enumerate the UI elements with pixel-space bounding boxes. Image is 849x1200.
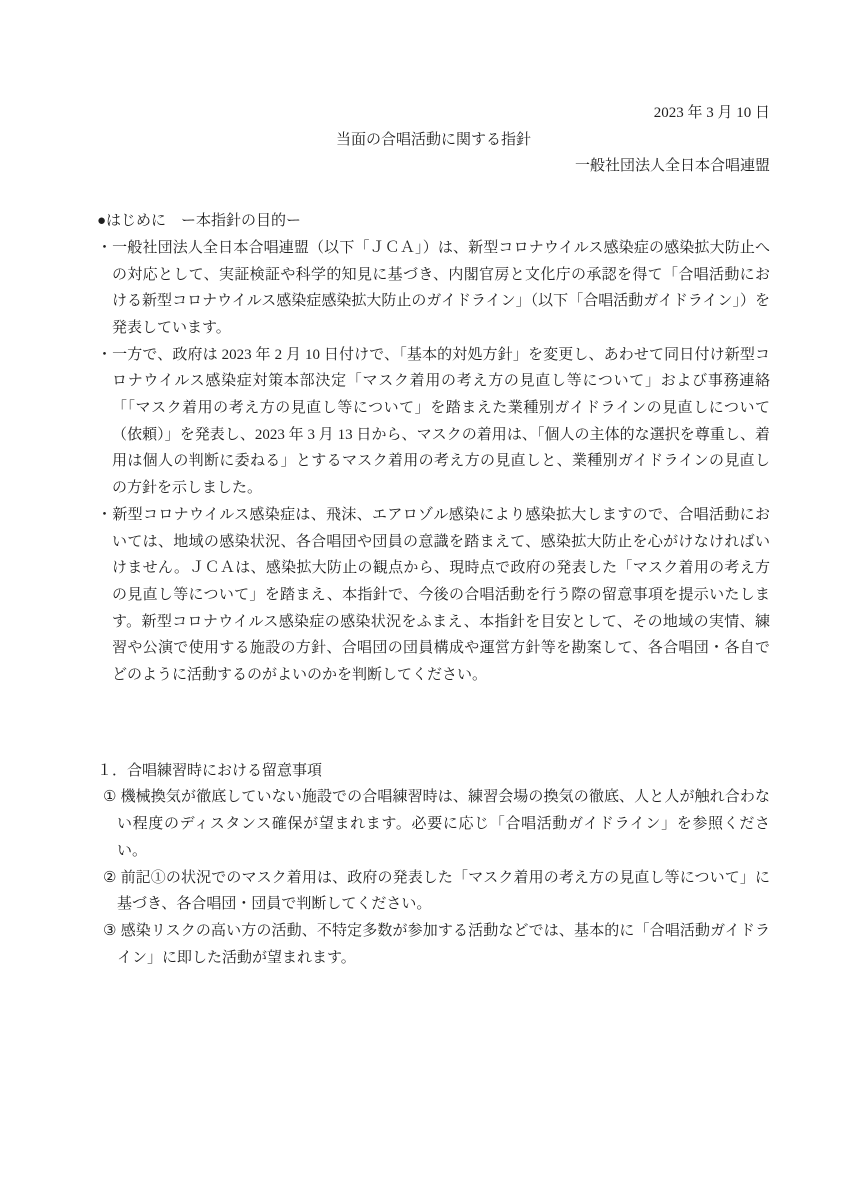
intro-bullet-1: ・一般社団法人全日本合唱連盟（以下「ＪＣＡ」）は、新型コロナウイルス感染症の感染…: [97, 235, 770, 342]
bullet-text: 新型コロナウイルス感染症は、飛沫、エアロゾル感染により感染拡大しますので、合唱活…: [112, 507, 770, 683]
item-text: 機械換気が徹底していない施設での合唱練習時は、練習会場の換気の徹底、人と人が触れ…: [117, 789, 770, 858]
document-title: 当面の合唱活動に関する指針: [97, 127, 770, 154]
numbered-item-2: ②前記①の状況でのマスク着用は、政府の発表した「マスク着用の考え方の見直し等につ…: [97, 865, 770, 918]
intro-bullet-2: ・一方で、政府は 2023 年 2 月 10 日付けで、「基本的対処方針」を変更…: [97, 342, 770, 502]
document-page: 2023 年 3 月 10 日 当面の合唱活動に関する指針 一般社団法人全日本合…: [0, 0, 849, 1200]
document-content: 2023 年 3 月 10 日 当面の合唱活動に関する指針 一般社団法人全日本合…: [97, 0, 770, 971]
item-text: 感染リスクの高い方の活動、不特定多数が参加する活動などでは、基本的に「合唱活動ガ…: [117, 923, 770, 966]
circled-number-1: ①: [103, 789, 117, 805]
circled-number-3: ③: [103, 923, 117, 939]
bullet-text: 一方で、政府は 2023 年 2 月 10 日付けで、「基本的対処方針」を変更し…: [112, 347, 770, 497]
intro-bullet-3: ・新型コロナウイルス感染症は、飛沫、エアロゾル感染により感染拡大しますので、合唱…: [97, 502, 770, 689]
item-text: 前記①の状況でのマスク着用は、政府の発表した「マスク着用の考え方の見直し等につい…: [117, 870, 770, 913]
circled-number-2: ②: [103, 870, 117, 886]
numbered-item-1: ①機械換気が徹底していない施設での合唱練習時は、練習会場の換気の徹底、人と人が触…: [97, 784, 770, 864]
section1-heading: １．合唱練習時における留意事項: [97, 758, 770, 785]
intro-heading: ●はじめに ー本指針の目的ー: [97, 208, 770, 235]
bullet-marker: ・: [97, 507, 112, 523]
intro-section: ●はじめに ー本指針の目的ー ・一般社団法人全日本合唱連盟（以下「ＪＣＡ」）は、…: [97, 208, 770, 689]
bullet-marker: ・: [97, 240, 112, 256]
document-date: 2023 年 3 月 10 日: [97, 0, 770, 127]
organization-name: 一般社団法人全日本合唱連盟: [97, 153, 770, 180]
bullet-text: 一般社団法人全日本合唱連盟（以下「ＪＣＡ」）は、新型コロナウイルス感染症の感染拡…: [112, 240, 770, 336]
practice-notes-section: １．合唱練習時における留意事項 ①機械換気が徹底していない施設での合唱練習時は、…: [97, 758, 770, 972]
bullet-marker: ・: [97, 347, 112, 363]
numbered-item-3: ③感染リスクの高い方の活動、不特定多数が参加する活動などでは、基本的に「合唱活動…: [97, 918, 770, 971]
